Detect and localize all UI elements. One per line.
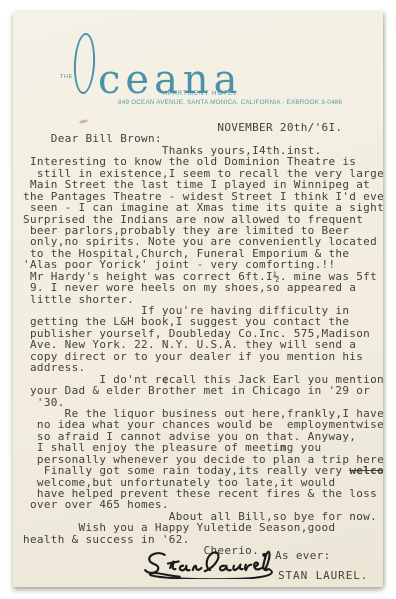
stan-laurel-signature: [143, 546, 273, 579]
letterhead-the-label: THE: [60, 74, 73, 80]
oceana-o-oval-icon: [72, 32, 96, 94]
apartment-hotel-subtitle: APARTMENT HOTEL: [163, 91, 238, 97]
letter-page: THE ceana APARTMENT HOTEL 849 OCEAN AVEN…: [13, 12, 383, 587]
letter-body: NOVEMBER 20th/'6I. Dear Bill Brown: Than…: [23, 122, 383, 557]
as-ever-label: As ever:: [275, 550, 331, 561]
hotel-address-line: 849 OCEAN AVENUE, SANTA MONICA, CALIFORN…: [118, 99, 342, 106]
typed-signature-name: STAN LAUREL.: [278, 570, 368, 581]
letter-line: your Dad & elder Brother met in Chicago …: [23, 385, 383, 396]
